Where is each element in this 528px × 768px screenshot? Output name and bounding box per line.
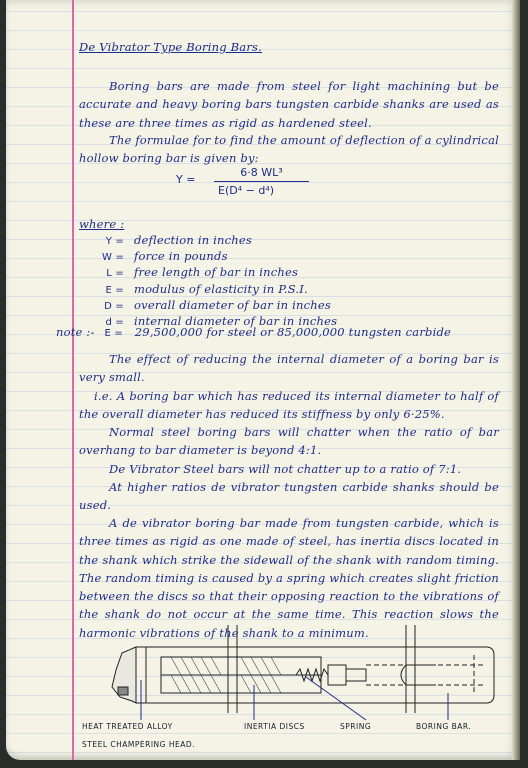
variable-list: Y =deflection in inches W =force in poun… (102, 233, 337, 330)
margin-line (72, 0, 74, 760)
variable-symbol: L = (102, 266, 124, 281)
paragraph-internal-diameter: The effect of reducing the internal diam… (79, 350, 499, 387)
note-text: 29,500,000 for steel or 85,000,000 tungs… (135, 325, 451, 339)
note-line: note :- E = 29,500,000 for steel or 85,0… (56, 325, 451, 339)
note-symbol: E = (104, 328, 122, 339)
paragraph-chatter-steel: Normal steel boring bars will chatter wh… (79, 423, 499, 460)
notebook-page: De Vibrator Type Boring Bars. Boring bar… (6, 0, 520, 760)
formula-lhs: Y = (176, 173, 195, 186)
label-inertia-discs: INERTIA DISCS (244, 722, 305, 731)
variable-symbol: E = (102, 283, 124, 298)
paragraph-example: i.e. A boring bar which has reduced its … (79, 387, 499, 424)
variable-symbol: W = (102, 250, 124, 265)
variable-symbol: D = (102, 299, 124, 314)
formula-numerator: 6·8 WL³ (214, 166, 309, 182)
paragraph-mechanism: A de vibrator boring bar made from tungs… (79, 514, 499, 642)
paragraph-devibrator-ratio: De Vibrator Steel bars will not chatter … (79, 460, 499, 478)
variable-meaning: deflection in inches (134, 233, 252, 247)
paragraph-intro: Boring bars are made from steel for ligh… (79, 77, 499, 132)
label-spring: SPRING (340, 722, 371, 731)
variable-meaning: overall diameter of bar in inches (134, 298, 331, 312)
formula-denominator: E(D⁴ − d⁴) (218, 182, 309, 197)
label-boring-bar: BORING BAR. (416, 722, 471, 731)
variable-row: Y =deflection in inches (102, 233, 337, 249)
deflection-formula: Y = 6·8 WL³ E(D⁴ − d⁴) (196, 166, 309, 197)
where-label: where : (79, 217, 124, 231)
label-chamfering-head: STEEL CHAMPERING HEAD. (82, 740, 195, 749)
variable-meaning: modulus of elasticity in P.S.I. (134, 282, 308, 296)
variable-row: E =modulus of elasticity in P.S.I. (102, 282, 337, 298)
variable-meaning: force in pounds (134, 249, 228, 263)
variable-meaning: free length of bar in inches (134, 265, 298, 279)
variable-row: W =force in pounds (102, 249, 337, 265)
label-heat-treated-head: HEAT TREATED ALLOY (82, 722, 173, 731)
paragraph-higher-ratios: At higher ratios de vibrator tungsten ca… (79, 478, 499, 515)
variable-symbol: Y = (102, 234, 124, 249)
paragraph-formula-intro: The formulae for to find the amount of d… (79, 131, 499, 168)
page-edge-shadow (512, 0, 520, 760)
page-title: De Vibrator Type Boring Bars. (79, 40, 262, 54)
boring-bar-diagram (106, 625, 506, 725)
note-prefix: note :- (56, 325, 95, 339)
variable-row: L =free length of bar in inches (102, 265, 337, 281)
variable-row: D =overall diameter of bar in inches (102, 298, 337, 314)
